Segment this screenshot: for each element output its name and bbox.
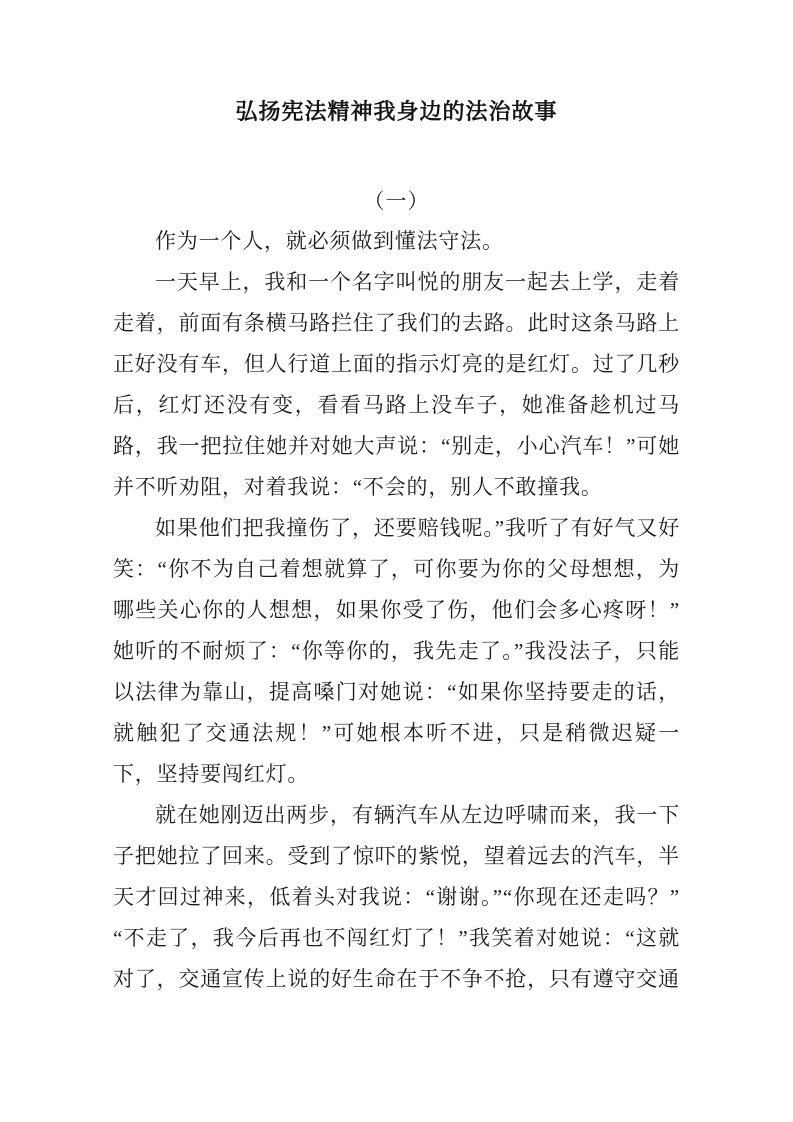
document-page: 弘扬宪法精神我身边的法治故事 （一） 作为一个人，就必须做到懂法守法。 一天早上… xyxy=(0,0,793,1122)
document-title: 弘扬宪法精神我身边的法治故事 xyxy=(113,97,680,127)
paragraph: 一天早上，我和一个名字叫悦的朋友一起去上学，走着走着，前面有条横马路拦住了我们的… xyxy=(113,262,680,508)
paragraph: 作为一个人，就必须做到懂法守法。 xyxy=(113,221,680,262)
section-heading: （一） xyxy=(113,181,680,221)
document-body: 作为一个人，就必须做到懂法守法。 一天早上，我和一个名字叫悦的朋友一起去上学，走… xyxy=(113,221,680,1000)
paragraph: 就在她刚迈出两步，有辆汽车从左边呼啸而来，我一下子把她拉了回来。受到了惊吓的紫悦… xyxy=(113,795,680,1000)
paragraph: 如果他们把我撞伤了，还要赔钱呢。”我听了有好气又好笑：“你不为自己着想就算了，可… xyxy=(113,508,680,795)
